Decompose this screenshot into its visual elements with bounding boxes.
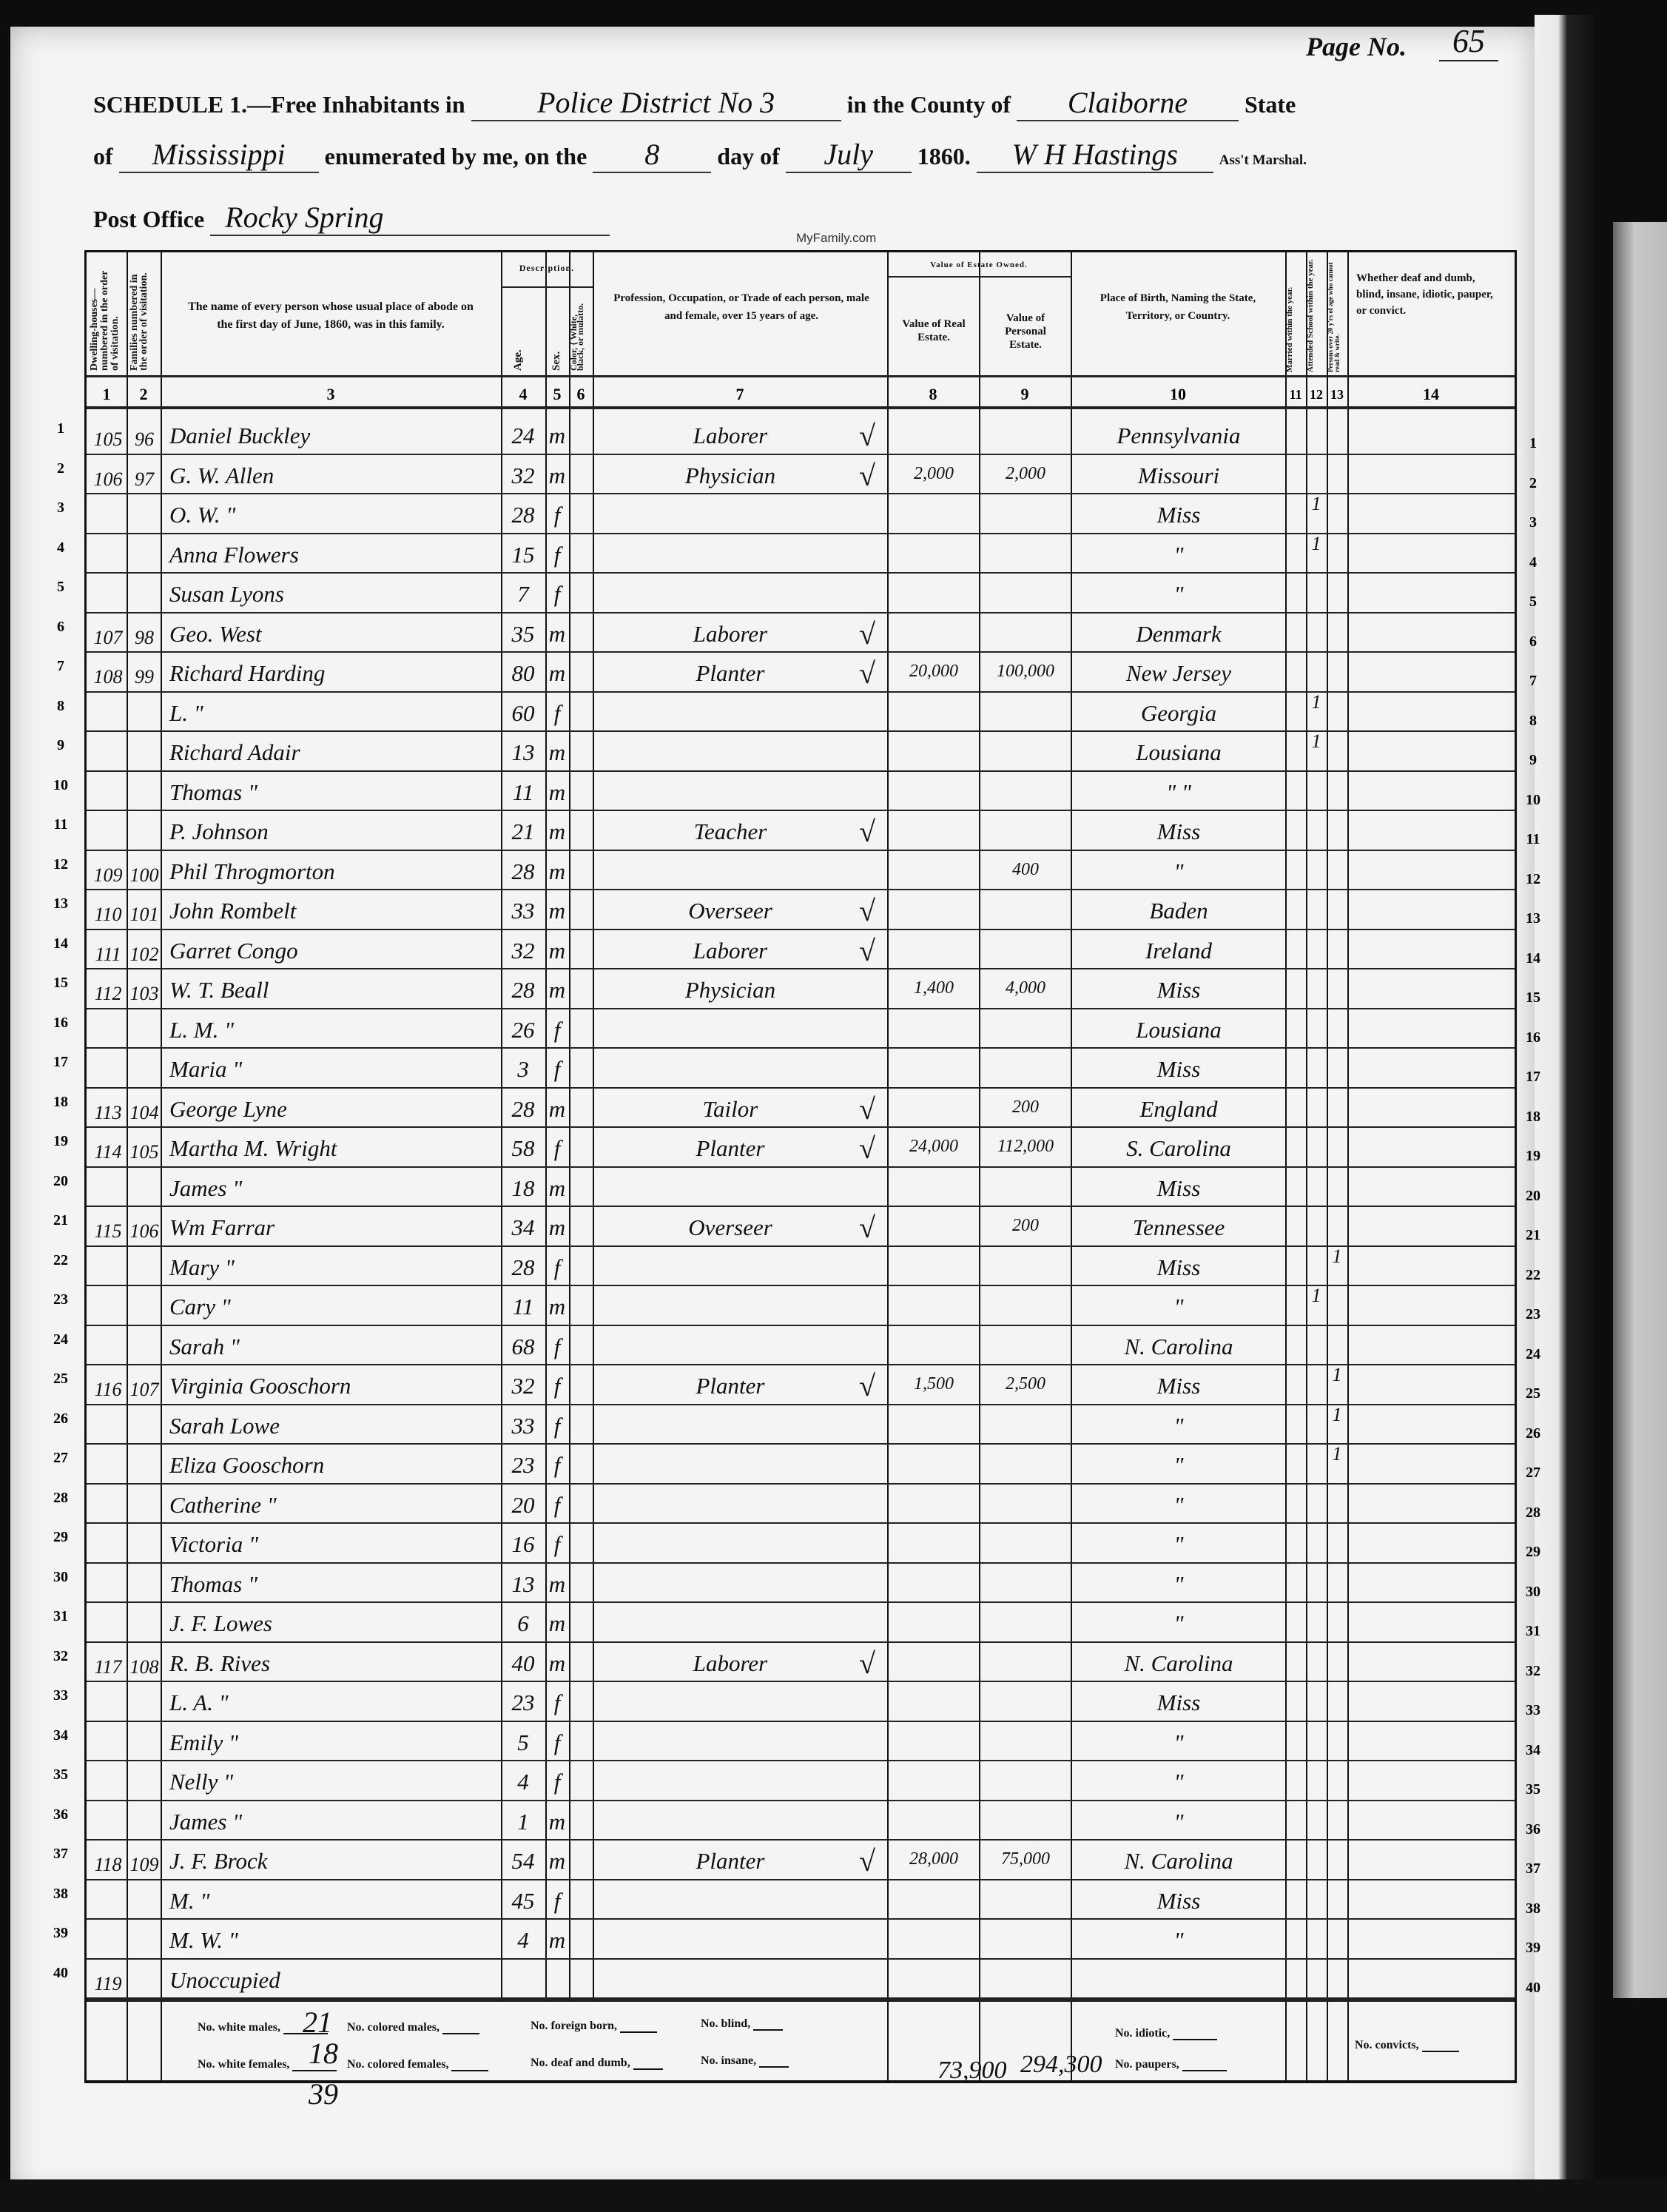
cell-name: Susan Lyons: [169, 581, 495, 608]
cell-fam: 108: [128, 1656, 161, 1678]
deaf-dumb-label: No. deaf and dumb,: [531, 2057, 663, 2070]
cell-sex: m: [545, 858, 569, 885]
cell-birth: ": [1075, 1769, 1282, 1795]
cell-sex: f: [545, 1373, 569, 1399]
cell-fam: 103: [128, 983, 161, 1005]
row-number-right: 37: [1518, 1860, 1548, 1877]
county-field: Claiborne: [1017, 85, 1239, 121]
row-number-right: 24: [1518, 1346, 1548, 1363]
cell-real: 1,400: [890, 978, 977, 998]
colored-females-label: No. colored females,: [347, 2058, 488, 2071]
cell-sex: f: [545, 1135, 569, 1162]
cell-dw: 111: [90, 944, 127, 966]
cell-sex: m: [545, 1610, 569, 1637]
cell-birth: " ": [1075, 779, 1282, 806]
row-number-left: 25: [46, 1371, 75, 1388]
cell-sex: f: [545, 1769, 569, 1795]
cell-fam: 97: [128, 468, 161, 491]
header-dwelling: Dwelling-houses— numbered in the order o…: [90, 260, 124, 371]
cell-birth: Miss: [1075, 502, 1282, 528]
row-number-left: 9: [46, 737, 75, 754]
cell-age: 5: [502, 1729, 544, 1756]
cell-age: 18: [502, 1175, 544, 1202]
row-rule: [87, 1404, 1515, 1405]
cell-illit: 1: [1327, 1443, 1347, 1465]
col-number-9: 9: [979, 380, 1071, 409]
row-rule: [87, 1918, 1515, 1920]
row-number-left: 22: [46, 1252, 75, 1269]
row-number-right: 22: [1518, 1267, 1548, 1284]
row-number-right: 35: [1518, 1781, 1548, 1798]
cell-age: 35: [502, 621, 544, 648]
row-rule: [87, 929, 1515, 930]
cell-school: 1: [1307, 691, 1326, 713]
cell-name: Catherine ": [169, 1492, 495, 1519]
cell-name: Thomas ": [169, 1571, 495, 1598]
row-rule: [87, 1325, 1515, 1326]
row-number-left: 29: [46, 1529, 75, 1546]
col-number-2: 2: [127, 380, 161, 409]
row-number-left: 35: [46, 1766, 75, 1784]
row-rule: [87, 1245, 1515, 1247]
cell-chk: √: [849, 893, 886, 928]
row-rule: [87, 1206, 1515, 1207]
cell-name: O. W. ": [169, 502, 495, 528]
cell-age: 11: [502, 1294, 544, 1320]
cell-birth: ": [1075, 1294, 1282, 1320]
header-real-estate: Value of Real Estate.: [900, 317, 967, 344]
row-number-right: 1: [1518, 435, 1548, 452]
cell-name: Garret Congo: [169, 938, 495, 964]
row-number-right: 9: [1518, 752, 1548, 769]
row-number-right: 26: [1518, 1425, 1548, 1442]
row-number-left: 27: [46, 1450, 75, 1467]
row-rule: [87, 968, 1515, 969]
cell-birth: ": [1075, 1610, 1282, 1637]
cell-sex: m: [545, 739, 569, 766]
row-number-right: 14: [1518, 950, 1548, 967]
header-married: Married within the year.: [1286, 255, 1305, 372]
cell-name: Mary ": [169, 1254, 495, 1281]
cell-birth: Miss: [1075, 818, 1282, 845]
cell-name: J. F. Brock: [169, 1848, 495, 1875]
row-number-right: 23: [1518, 1306, 1548, 1323]
row-number-left: 40: [46, 1965, 75, 1982]
cell-name: Nelly ": [169, 1769, 495, 1795]
next-page-edge: [1613, 222, 1667, 1998]
scan-border: [0, 2179, 1667, 2212]
row-number-left: 14: [46, 935, 75, 952]
cell-chk: √: [849, 1092, 886, 1126]
row-number-right: 39: [1518, 1940, 1548, 1957]
cell-birth: ": [1075, 1809, 1282, 1835]
cell-age: 33: [502, 898, 544, 924]
row-number-left: 6: [46, 619, 75, 636]
row-number-right: 33: [1518, 1702, 1548, 1719]
cell-name: Phil Throgmorton: [169, 858, 495, 885]
month-field: July: [786, 137, 912, 173]
row-number-left: 17: [46, 1054, 75, 1071]
row-rule: [87, 1483, 1515, 1485]
cell-age: 34: [502, 1214, 544, 1241]
cell-birth: Miss: [1075, 1254, 1282, 1281]
cell-sex: m: [545, 621, 569, 648]
cell-illit: 1: [1327, 1404, 1347, 1426]
cell-age: 15: [502, 542, 544, 568]
cell-chk: √: [849, 1646, 886, 1681]
header-occupation: Profession, Occupation, or Trade of each…: [605, 289, 878, 325]
cell-name: W. T. Beall: [169, 977, 495, 1004]
row-number-left: 34: [46, 1727, 75, 1744]
insane-label: No. insane,: [701, 2054, 789, 2068]
row-rule: [87, 1562, 1515, 1564]
row-rule: [87, 1443, 1515, 1445]
cell-dw: 106: [90, 468, 127, 491]
cell-name: Maria ": [169, 1056, 495, 1083]
cell-name: Unoccupied: [169, 1967, 495, 1994]
cell-sex: m: [545, 423, 569, 449]
cell-sex: f: [545, 1017, 569, 1043]
row-number-right: 15: [1518, 989, 1548, 1006]
cell-fam: 105: [128, 1141, 161, 1163]
cell-pers: 2,000: [982, 464, 1069, 484]
row-number-right: 28: [1518, 1505, 1548, 1522]
row-rule: [87, 850, 1515, 851]
col-number-5: 5: [545, 380, 569, 409]
cell-occ: Overseer: [619, 898, 841, 924]
cell-fam: 101: [128, 904, 161, 926]
cell-school: 1: [1307, 493, 1326, 515]
cell-fam: 107: [128, 1379, 161, 1401]
row-rule: [87, 1681, 1515, 1682]
cell-birth: Tennessee: [1075, 1214, 1282, 1241]
row-number-right: 4: [1518, 554, 1548, 571]
cell-age: 11: [502, 779, 544, 806]
cell-birth: Miss: [1075, 1056, 1282, 1083]
cell-name: M. ": [169, 1888, 495, 1915]
col-number-11: 11: [1285, 380, 1306, 409]
cell-birth: ": [1075, 1452, 1282, 1479]
cell-sex: m: [545, 818, 569, 845]
col-number-12: 12: [1306, 380, 1327, 409]
cell-birth: Lousiana: [1075, 1017, 1282, 1043]
cell-age: 16: [502, 1531, 544, 1558]
row-number-left: 28: [46, 1490, 75, 1507]
row-number-right: 17: [1518, 1069, 1548, 1086]
cell-name: L. M. ": [169, 1017, 495, 1043]
cell-birth: Lousiana: [1075, 739, 1282, 766]
cell-illit: 1: [1327, 1364, 1347, 1386]
row-number-right: 31: [1518, 1623, 1548, 1640]
cell-name: R. B. Rives: [169, 1650, 495, 1677]
row-number-right: 29: [1518, 1544, 1548, 1561]
cell-age: 23: [502, 1452, 544, 1479]
row-number-left: 5: [46, 579, 75, 596]
cell-fam: 98: [128, 627, 161, 649]
row-number-left: 4: [46, 539, 75, 557]
cell-pers: 75,000: [982, 1849, 1069, 1869]
row-rule: [87, 1285, 1515, 1286]
cell-name: Cary ": [169, 1294, 495, 1320]
cell-birth: England: [1075, 1096, 1282, 1123]
marshal-label: Ass't Marshal.: [1219, 152, 1307, 168]
row-number-right: 36: [1518, 1821, 1548, 1838]
cell-name: Wm Farrar: [169, 1214, 495, 1241]
cell-birth: Pennsylvania: [1075, 423, 1282, 449]
cell-birth: N. Carolina: [1075, 1650, 1282, 1677]
colored-males-label: No. colored males,: [347, 2021, 479, 2034]
cell-name: M. W. ": [169, 1927, 495, 1954]
cell-sex: m: [545, 1214, 569, 1241]
row-number-left: 18: [46, 1094, 75, 1111]
header-birthplace: Place of Birth, Naming the State, Territ…: [1085, 289, 1270, 325]
row-number-left: 12: [46, 856, 75, 873]
row-rule: [87, 1601, 1515, 1603]
row-number-left: 7: [46, 658, 75, 675]
white-females-count: 18: [309, 2036, 338, 2071]
row-number-right: 30: [1518, 1584, 1548, 1601]
row-number-right: 19: [1518, 1148, 1548, 1165]
cell-name: Anna Flowers: [169, 542, 495, 568]
row-number-right: 32: [1518, 1663, 1548, 1680]
cell-sex: m: [545, 1809, 569, 1835]
row-number-left: 15: [46, 975, 75, 992]
cell-school: 1: [1307, 533, 1326, 555]
row-rule: [87, 1997, 1515, 2000]
cell-name: George Lyne: [169, 1096, 495, 1123]
row-number-left: 11: [46, 816, 75, 833]
total-persons-count: 39: [309, 2077, 338, 2111]
cell-sex: f: [545, 1452, 569, 1479]
cell-sex: f: [545, 1690, 569, 1716]
cell-real: 1,500: [890, 1374, 977, 1394]
cell-birth: Baden: [1075, 898, 1282, 924]
enumerated-label: enumerated by me, on the: [325, 143, 587, 169]
cell-age: 58: [502, 1135, 544, 1162]
cell-birth: Ireland: [1075, 938, 1282, 964]
cell-age: 20: [502, 1492, 544, 1519]
cell-age: 68: [502, 1334, 544, 1360]
cell-sex: m: [545, 898, 569, 924]
row-number-right: 13: [1518, 910, 1548, 927]
row-number-right: 12: [1518, 871, 1548, 888]
cell-occ: Planter: [619, 1848, 841, 1875]
cell-sex: f: [545, 1056, 569, 1083]
cell-age: 4: [502, 1927, 544, 1954]
cell-age: 21: [502, 818, 544, 845]
of-label: of: [93, 143, 113, 169]
row-number-right: 5: [1518, 594, 1548, 611]
col-number-13: 13: [1327, 380, 1347, 409]
watermark: MyFamily.com: [796, 231, 876, 246]
cell-sex: m: [545, 463, 569, 489]
cell-dw: 108: [90, 666, 127, 688]
cell-sex: f: [545, 700, 569, 727]
blind-label: No. blind,: [701, 2017, 783, 2031]
header-illiterate: Persons over 20 y'rs of age who cannot r…: [1327, 255, 1347, 372]
cell-fam: 106: [128, 1220, 161, 1243]
cell-name: G. W. Allen: [169, 463, 495, 489]
cell-sex: f: [545, 1254, 569, 1281]
row-number-right: 18: [1518, 1109, 1548, 1126]
cell-age: 54: [502, 1848, 544, 1875]
row-number-right: 21: [1518, 1227, 1548, 1244]
day-field: 8: [593, 137, 711, 173]
paupers-label: No. paupers,: [1115, 2058, 1227, 2071]
cell-chk: √: [849, 1368, 886, 1403]
row-rule: [87, 1522, 1515, 1524]
cell-age: 32: [502, 938, 544, 964]
cell-birth: ": [1075, 1729, 1282, 1756]
cell-birth: ": [1075, 1531, 1282, 1558]
cell-pers: 200: [982, 1097, 1069, 1117]
row-number-left: 23: [46, 1291, 75, 1308]
row-rule: [87, 493, 1515, 494]
district-field: Police District No 3: [471, 85, 841, 121]
row-rule: [87, 651, 1515, 653]
cell-age: 28: [502, 977, 544, 1004]
cell-sex: f: [545, 581, 569, 608]
cell-fam: 102: [128, 944, 161, 966]
row-rule: [87, 1839, 1515, 1840]
cell-fam: 100: [128, 864, 161, 887]
cell-dw: 114: [90, 1141, 127, 1163]
title-line-2: of Mississippi enumerated by me, on the …: [93, 137, 1307, 173]
header-age: Age.: [511, 341, 533, 371]
cell-age: 7: [502, 581, 544, 608]
row-number-right: 25: [1518, 1385, 1548, 1402]
cell-birth: ": [1075, 1927, 1282, 1954]
row-number-left: 20: [46, 1173, 75, 1190]
title-line-3: Post Office Rocky Spring: [93, 200, 610, 236]
row-rule: [87, 730, 1515, 732]
cell-birth: ": [1075, 581, 1282, 608]
schedule-label: SCHEDULE 1.—Free Inhabitants in: [93, 91, 465, 118]
row-number-right: 8: [1518, 713, 1548, 730]
cell-sex: m: [545, 1096, 569, 1123]
row-rule: [87, 572, 1515, 574]
cell-sex: m: [545, 977, 569, 1004]
row-number-right: 34: [1518, 1742, 1548, 1759]
cell-age: 1: [502, 1809, 544, 1835]
cell-sex: f: [545, 502, 569, 528]
cell-name: Sarah ": [169, 1334, 495, 1360]
row-number-left: 16: [46, 1015, 75, 1032]
page-number-value: 65: [1439, 22, 1498, 61]
cell-age: 32: [502, 463, 544, 489]
cell-birth: S. Carolina: [1075, 1135, 1282, 1162]
state-field: Mississippi: [119, 137, 319, 173]
convicts-label: No. convicts,: [1355, 2039, 1459, 2052]
row-number-right: 20: [1518, 1188, 1548, 1205]
cell-occ: Planter: [619, 1135, 841, 1162]
cell-name: James ": [169, 1809, 495, 1835]
row-rule: [87, 1721, 1515, 1722]
cell-birth: Miss: [1075, 1175, 1282, 1202]
cell-birth: Miss: [1075, 977, 1282, 1004]
header-personal-estate: Value of Personal Estate.: [992, 312, 1059, 352]
cell-sex: m: [545, 779, 569, 806]
cell-age: 13: [502, 739, 544, 766]
cell-occ: Teacher: [619, 818, 841, 845]
cell-dw: 105: [90, 428, 127, 451]
col-number-1: 1: [87, 380, 127, 409]
cell-age: 32: [502, 1373, 544, 1399]
cell-dw: 107: [90, 627, 127, 649]
row-rule: [87, 889, 1515, 890]
cell-sex: m: [545, 1571, 569, 1598]
row-rule: [87, 1879, 1515, 1880]
cell-occ: Laborer: [619, 621, 841, 648]
cell-birth: New Jersey: [1075, 660, 1282, 687]
row-rule: [87, 810, 1515, 811]
cell-birth: Miss: [1075, 1373, 1282, 1399]
cell-name: James ": [169, 1175, 495, 1202]
cell-school: 1: [1307, 730, 1326, 753]
cell-occ: Planter: [619, 1373, 841, 1399]
cell-age: 28: [502, 1254, 544, 1281]
post-office-field: Rocky Spring: [210, 200, 610, 236]
row-number-right: 2: [1518, 475, 1548, 492]
row-number-left: 38: [46, 1886, 75, 1903]
cell-pers: 200: [982, 1216, 1069, 1236]
cell-name: Victoria ": [169, 1531, 495, 1558]
row-number-left: 33: [46, 1687, 75, 1704]
row-rule: [87, 770, 1515, 772]
cell-pers: 100,000: [982, 662, 1069, 682]
cell-chk: √: [849, 656, 886, 690]
cell-dw: 116: [90, 1379, 127, 1401]
col-number-8: 8: [887, 380, 979, 409]
row-rule: [87, 1760, 1515, 1761]
cell-occ: Physician: [619, 463, 841, 489]
cell-birth: Missouri: [1075, 463, 1282, 489]
row-rule: [87, 1008, 1515, 1009]
row-number-right: 10: [1518, 792, 1548, 809]
row-number-right: 16: [1518, 1029, 1548, 1046]
row-number-left: 24: [46, 1331, 75, 1348]
cell-school: 1: [1307, 1285, 1326, 1307]
cell-pers: 112,000: [982, 1137, 1069, 1157]
row-number-left: 3: [46, 500, 75, 517]
header-name: The name of every person whose usual pla…: [183, 298, 479, 334]
census-table: Dwelling-houses— numbered in the order o…: [84, 250, 1517, 2083]
cell-age: 40: [502, 1650, 544, 1677]
row-number-right: 38: [1518, 1900, 1548, 1917]
cell-fam: 99: [128, 666, 161, 688]
idiotic-label: No. idiotic,: [1115, 2027, 1217, 2040]
cell-sex: m: [545, 1294, 569, 1320]
row-rule: [87, 1364, 1515, 1365]
row-number-right: 11: [1518, 831, 1548, 848]
page-number-label: Page No.: [1306, 31, 1407, 62]
cell-name: Eliza Gooschorn: [169, 1452, 495, 1479]
day-of-label: day of: [717, 143, 779, 169]
row-rule: [87, 454, 1515, 455]
row-number-left: 8: [46, 698, 75, 715]
cell-sex: m: [545, 938, 569, 964]
cell-occ: Planter: [619, 660, 841, 687]
cell-age: 33: [502, 1413, 544, 1439]
county-label: in the County of: [847, 91, 1011, 118]
row-rule: [87, 1800, 1515, 1801]
row-number-left: 2: [46, 460, 75, 477]
marshal-signature: W H Hastings: [977, 137, 1213, 173]
title-line-1: SCHEDULE 1.—Free Inhabitants in Police D…: [93, 85, 1296, 121]
col-number-3: 3: [161, 380, 501, 409]
row-number-left: 30: [46, 1569, 75, 1586]
col-number-7: 7: [593, 380, 887, 409]
